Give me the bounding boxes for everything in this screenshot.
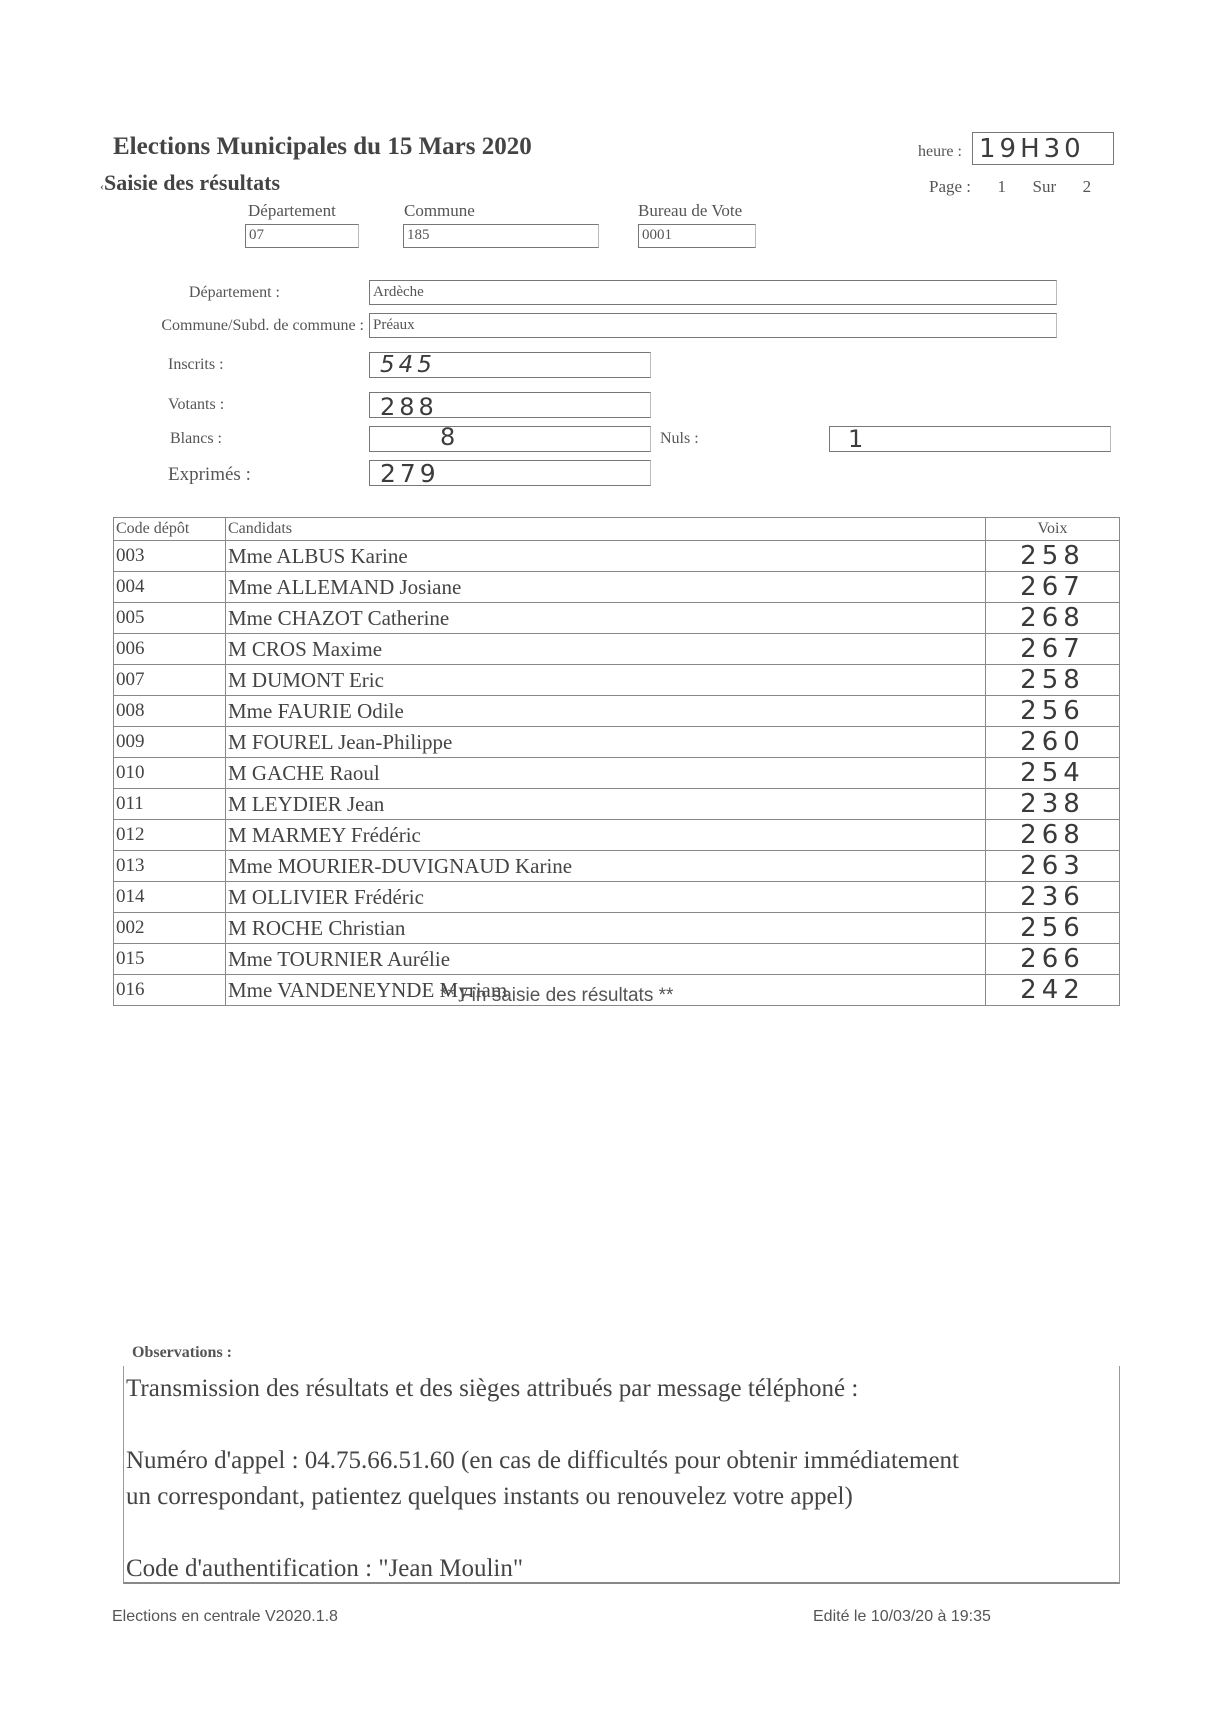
candidate-votes[interactable]: 267 xyxy=(986,634,1120,665)
candidate-votes[interactable]: 242 xyxy=(986,975,1120,1006)
page-total: 2 xyxy=(1083,177,1092,196)
page-sep: Sur xyxy=(1033,177,1057,196)
nuls-field[interactable]: 1 xyxy=(829,426,1111,452)
candidate-votes[interactable]: 260 xyxy=(986,727,1120,758)
observations-label: Observations : xyxy=(132,1344,232,1362)
candidate-name: Mme TOURNIER Aurélie xyxy=(226,944,986,975)
departement-code-label: Département xyxy=(248,201,336,221)
observations-box: Transmission des résultats et des sièges… xyxy=(123,1366,1120,1584)
candidate-code: 009 xyxy=(114,727,226,758)
table-row: 008Mme FAURIE Odile256 xyxy=(114,696,1120,727)
candidate-code: 013 xyxy=(114,851,226,882)
document-subtitle: ‹Saisie des résultats xyxy=(100,170,280,196)
candidate-votes[interactable]: 268 xyxy=(986,820,1120,851)
candidate-votes[interactable]: 263 xyxy=(986,851,1120,882)
exprimes-label: Exprimés : xyxy=(168,464,251,486)
page-current: 1 xyxy=(998,177,1007,196)
observations-line-code: Code d'authentification : "Jean Moulin" xyxy=(126,1551,1119,1587)
inscrits-label: Inscrits : xyxy=(168,356,224,374)
table-row: 015Mme TOURNIER Aurélie266 xyxy=(114,944,1120,975)
observations-line-correspondant: un correspondant, patientez quelques ins… xyxy=(126,1479,1119,1515)
footer-software-version: Elections en centrale V2020.1.8 xyxy=(112,1608,338,1626)
candidate-votes[interactable]: 236 xyxy=(986,882,1120,913)
document-title: Elections Municipales du 15 Mars 2020 xyxy=(113,133,532,161)
table-row: 012M MARMEY Frédéric268 xyxy=(114,820,1120,851)
exprimes-field[interactable]: 279 xyxy=(369,460,651,486)
candidate-code: 008 xyxy=(114,696,226,727)
departement-code-field[interactable]: 07 xyxy=(245,224,359,248)
table-row: 010M GACHE Raoul254 xyxy=(114,758,1120,789)
blancs-label: Blancs : xyxy=(170,430,222,448)
candidate-code: 005 xyxy=(114,603,226,634)
commune-code-label: Commune xyxy=(404,201,475,221)
candidate-votes[interactable]: 238 xyxy=(986,789,1120,820)
candidate-name: Mme ALBUS Karine xyxy=(226,541,986,572)
candidate-votes[interactable]: 256 xyxy=(986,913,1120,944)
table-row: 009M FOUREL Jean-Philippe260 xyxy=(114,727,1120,758)
table-row: 007M DUMONT Eric258 xyxy=(114,665,1120,696)
candidate-name: Mme MOURIER-DUVIGNAUD Karine xyxy=(226,851,986,882)
candidate-name: M CROS Maxime xyxy=(226,634,986,665)
votants-field[interactable]: 288 xyxy=(369,392,651,418)
commune-name-field[interactable]: Préaux xyxy=(369,313,1057,338)
commune-label: Commune/Subd. de commune : xyxy=(100,317,364,335)
table-row: 011M LEYDIER Jean238 xyxy=(114,789,1120,820)
candidate-code: 002 xyxy=(114,913,226,944)
footer-edit-date: Edité le 10/03/20 à 19:35 xyxy=(813,1608,991,1626)
candidate-name: Mme FAURIE Odile xyxy=(226,696,986,727)
candidate-code: 016 xyxy=(114,975,226,1006)
table-row: 013Mme MOURIER-DUVIGNAUD Karine263 xyxy=(114,851,1120,882)
candidate-code: 015 xyxy=(114,944,226,975)
candidate-name: M MARMEY Frédéric xyxy=(226,820,986,851)
candidate-code: 003 xyxy=(114,541,226,572)
table-header-row: Code dépôt Candidats Voix xyxy=(114,518,1120,541)
candidate-code: 012 xyxy=(114,820,226,851)
column-header-candidats: Candidats xyxy=(226,518,986,541)
subtitle-text: Saisie des résultats xyxy=(104,170,280,195)
observations-line-numero: Numéro d'appel : 04.75.66.51.60 (en cas … xyxy=(126,1443,1119,1479)
candidate-code: 007 xyxy=(114,665,226,696)
table-row: 006M CROS Maxime267 xyxy=(114,634,1120,665)
results-table-body: 003Mme ALBUS Karine258004Mme ALLEMAND Jo… xyxy=(114,541,1120,1006)
candidate-votes[interactable]: 256 xyxy=(986,696,1120,727)
candidate-name: Mme ALLEMAND Josiane xyxy=(226,572,986,603)
table-row: 002M ROCHE Christian256 xyxy=(114,913,1120,944)
candidate-name: M FOUREL Jean-Philippe xyxy=(226,727,986,758)
page-label: Page : xyxy=(929,177,971,196)
bureau-field[interactable]: 0001 xyxy=(638,224,756,248)
candidate-code: 011 xyxy=(114,789,226,820)
candidate-code: 014 xyxy=(114,882,226,913)
table-row: 014M OLLIVIER Frédéric236 xyxy=(114,882,1120,913)
blancs-field[interactable]: 8 xyxy=(369,426,651,452)
table-row: 004Mme ALLEMAND Josiane267 xyxy=(114,572,1120,603)
heure-label: heure : xyxy=(918,143,962,161)
bureau-label: Bureau de Vote xyxy=(638,201,742,221)
departement-name-field[interactable]: Ardèche xyxy=(369,280,1057,305)
end-of-results-note: ** Fin saisie des résultats ** xyxy=(440,985,673,1007)
observations-line-transmission: Transmission des résultats et des sièges… xyxy=(126,1371,1119,1407)
candidate-name: M ROCHE Christian xyxy=(226,913,986,944)
candidate-votes[interactable]: 266 xyxy=(986,944,1120,975)
candidate-name: M DUMONT Eric xyxy=(226,665,986,696)
candidate-votes[interactable]: 267 xyxy=(986,572,1120,603)
votants-label: Votants : xyxy=(168,396,224,414)
column-header-voix: Voix xyxy=(986,518,1120,541)
candidate-code: 010 xyxy=(114,758,226,789)
candidate-name: M GACHE Raoul xyxy=(226,758,986,789)
candidate-code: 004 xyxy=(114,572,226,603)
table-row: 003Mme ALBUS Karine258 xyxy=(114,541,1120,572)
candidate-votes[interactable]: 258 xyxy=(986,541,1120,572)
candidate-votes[interactable]: 254 xyxy=(986,758,1120,789)
commune-code-field[interactable]: 185 xyxy=(403,224,599,248)
candidate-name: Mme CHAZOT Catherine xyxy=(226,603,986,634)
candidate-code: 006 xyxy=(114,634,226,665)
departement-label: Département : xyxy=(110,284,280,302)
inscrits-field[interactable]: 545 xyxy=(369,352,651,378)
table-row: 005Mme CHAZOT Catherine268 xyxy=(114,603,1120,634)
candidate-name: M LEYDIER Jean xyxy=(226,789,986,820)
column-header-code: Code dépôt xyxy=(114,518,226,541)
candidate-votes[interactable]: 268 xyxy=(986,603,1120,634)
page-indicator: Page : 1 Sur 2 xyxy=(929,177,1091,197)
candidate-votes[interactable]: 258 xyxy=(986,665,1120,696)
heure-field[interactable]: 19H30 xyxy=(972,132,1114,165)
candidate-name: M OLLIVIER Frédéric xyxy=(226,882,986,913)
nuls-label: Nuls : xyxy=(660,430,699,448)
results-table: Code dépôt Candidats Voix 003Mme ALBUS K… xyxy=(113,517,1120,1006)
